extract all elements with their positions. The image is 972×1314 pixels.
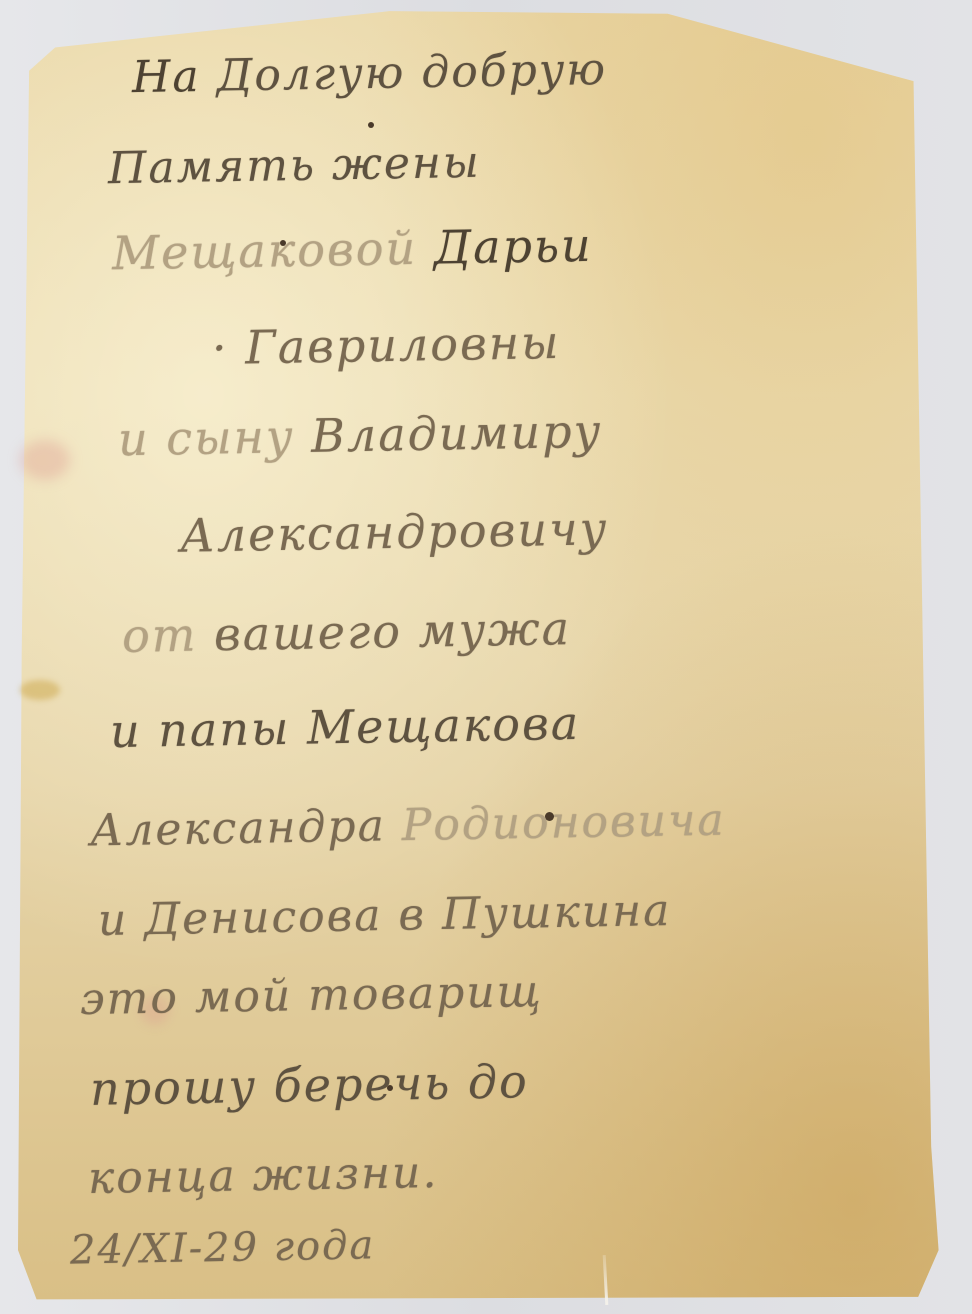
inscription-line-6: Александровичу: [180, 501, 609, 562]
inscription-line-13: конца жизни.: [88, 1147, 439, 1204]
word: На: [132, 51, 217, 103]
word: вашего мужа: [197, 601, 572, 662]
word: и: [118, 411, 167, 466]
inscription-line-11: это мой товарищ: [80, 966, 544, 1025]
inscription-line-2: Память жены: [108, 137, 482, 194]
word: это мой товарищ: [80, 966, 544, 1025]
word: конца жизни.: [88, 1147, 439, 1204]
word: Дарьи: [417, 218, 593, 275]
word: Александра: [90, 800, 387, 856]
word: и Денисова в Пушкина: [98, 885, 672, 946]
word: жены: [315, 137, 481, 191]
inscription-line-9: Александра Родионовича: [90, 794, 726, 856]
word: добрую: [405, 44, 608, 99]
inscription-date: 24/XI-29 года: [70, 1222, 376, 1273]
inscription-line-10: и Денисова в Пушкина: [98, 885, 672, 946]
inscription-line-8: и папы Мещакова: [110, 696, 581, 758]
word: прошу беречь до: [90, 1054, 530, 1116]
word: Память: [108, 140, 317, 195]
word: от: [122, 608, 198, 663]
word: и папы: [110, 701, 308, 758]
surname-faded: Мещаковой: [112, 221, 418, 280]
word: Мещакова: [307, 696, 581, 755]
date-text: 24/XI-29 года: [70, 1222, 376, 1273]
word: Родионовича: [385, 794, 726, 851]
inscription-line-7: от вашего мужа: [122, 601, 572, 663]
word: Александровичу: [180, 501, 609, 562]
word: Владимиру: [294, 404, 603, 463]
inscription-line-4: · Гавриловны: [212, 315, 561, 375]
word: сыну: [166, 409, 295, 465]
inscription-line-3: Мещаковой Дарьи: [112, 218, 593, 280]
word: Долгую: [216, 47, 406, 101]
inscription-line-5: и сыну Владимиру: [118, 404, 603, 466]
handwritten-inscription: На Долгую добрую Память жены Мещаковой Д…: [0, 0, 972, 1314]
inscription-line-1: На Долгую добрую: [132, 44, 608, 103]
word: · Гавриловны: [212, 315, 561, 375]
inscription-line-12: прошу беречь до: [90, 1054, 530, 1116]
